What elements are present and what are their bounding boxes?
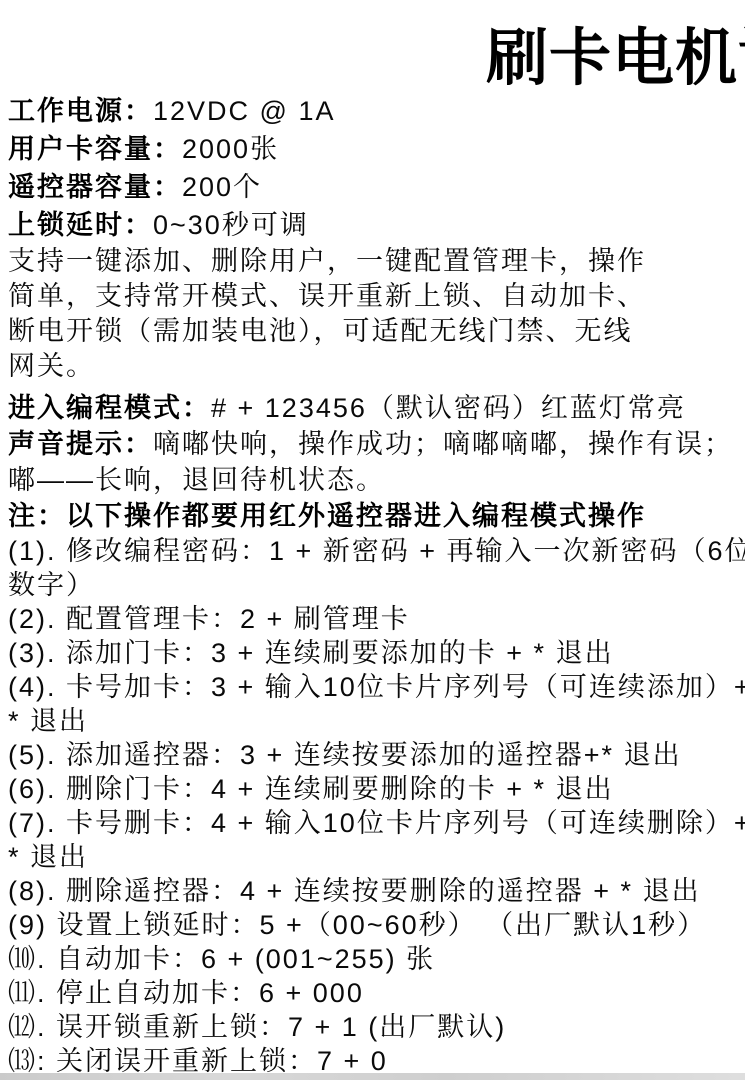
spec-value-power: 12VDC @ 1A [153,96,335,126]
spec-value-lock-delay: 0~30秒可调 [153,210,309,240]
cutoff-next-line-artifact [0,1073,745,1080]
operation-line: (6). 删除门卡：4 + 连续刷要删除的卡 + * 退出 [8,772,745,806]
spec-label-user-card-capacity: 用户卡容量： [8,134,182,164]
sound-hint-line-2: 嘟——长响，退回待机状态。 [8,462,745,498]
spec-label-remote-capacity: 遥控器容量： [8,172,182,202]
operation-line: (2). 配置管理卡：2 + 刷管理卡 [8,602,745,636]
intro-paragraph: 支持一键添加、删除用户，一键配置管理卡，操作 简单，支持常开模式、误开重新上锁、… [8,244,745,384]
sound-hint-label: 声音提示： [8,429,153,459]
operation-line: (4). 卡号加卡：3 + 输入10位卡片序列号（可连续添加）+ [8,670,745,704]
sound-hint-line-1: 声音提示：嘀嘟快响，操作成功；嘀嘟嘀嘟，操作有误； [8,426,745,462]
programming-mode-value: # + 123456（默认密码）红蓝灯常亮 [211,393,686,423]
page-title: 刷卡电机说 [486,8,745,86]
spec-label-power: 工作电源： [8,96,153,126]
intro-line: 支持一键添加、删除用户，一键配置管理卡，操作 [8,244,745,279]
document-body: 工作电源：12VDC @ 1A 用户卡容量：2000张 遥控器容量：200个 上… [0,86,745,1078]
operation-line: ⑾. 停止自动加卡：6 + 000 [8,976,745,1010]
programming-section: 进入编程模式：# + 123456（默认密码）红蓝灯常亮 声音提示：嘀嘟快响，操… [8,390,745,534]
operation-line: ⑿. 误开锁重新上锁：7 + 1 (出厂默认) [8,1010,745,1044]
operation-line: ⑽. 自动加卡：6 + (001~255) 张 [8,942,745,976]
spec-line-lock-delay: 上锁延时：0~30秒可调 [8,206,745,244]
intro-line: 简单，支持常开模式、误开重新上锁、自动加卡、 [8,279,745,314]
document-page: 刷卡电机说 工作电源：12VDC @ 1A 用户卡容量：2000张 遥控器容量：… [0,0,745,1080]
operation-line: (9) 设置上锁延时：5 +（00~60秒） （出厂默认1秒） [8,908,745,942]
programming-mode-line: 进入编程模式：# + 123456（默认密码）红蓝灯常亮 [8,390,745,426]
operation-line-continuation: * 退出 [8,704,745,738]
page-title-text: 刷卡电机 [486,24,738,86]
spec-value-remote-capacity: 200个 [182,172,262,202]
operation-line: (8). 删除遥控器：4 + 连续按要删除的遥控器 + * 退出 [8,874,745,908]
operations-list: (1). 修改编程密码：1 + 新密码 + 再输入一次新密码（6位 数字） (2… [8,534,745,1078]
operation-line-continuation: * 退出 [8,840,745,874]
spec-value-user-card-capacity: 2000张 [182,134,279,164]
operation-line: (3). 添加门卡：3 + 连续刷要添加的卡 + * 退出 [8,636,745,670]
operation-line: (7). 卡号删卡：4 + 输入10位卡片序列号（可连续删除）+ [8,806,745,840]
note-line: 注：以下操作都要用红外遥控器进入编程模式操作 [8,498,745,534]
sound-hint-value-1: 嘀嘟快响，操作成功；嘀嘟嘀嘟，操作有误； [153,429,733,459]
spec-line-user-card-capacity: 用户卡容量：2000张 [8,130,745,168]
page-title-clipped-char: 说 [738,24,745,86]
programming-mode-label: 进入编程模式： [8,393,211,423]
title-row: 刷卡电机说 [0,0,745,86]
intro-line: 网关。 [8,349,745,384]
spec-line-remote-capacity: 遥控器容量：200个 [8,168,745,206]
operation-line: (1). 修改编程密码：1 + 新密码 + 再输入一次新密码（6位 [8,534,745,568]
operation-line-continuation: 数字） [8,568,745,602]
spec-line-power: 工作电源：12VDC @ 1A [8,92,745,130]
spec-label-lock-delay: 上锁延时： [8,210,153,240]
operation-line: (5). 添加遥控器：3 + 连续按要添加的遥控器+* 退出 [8,738,745,772]
intro-line: 断电开锁（需加装电池），可适配无线门禁、无线 [8,314,745,349]
